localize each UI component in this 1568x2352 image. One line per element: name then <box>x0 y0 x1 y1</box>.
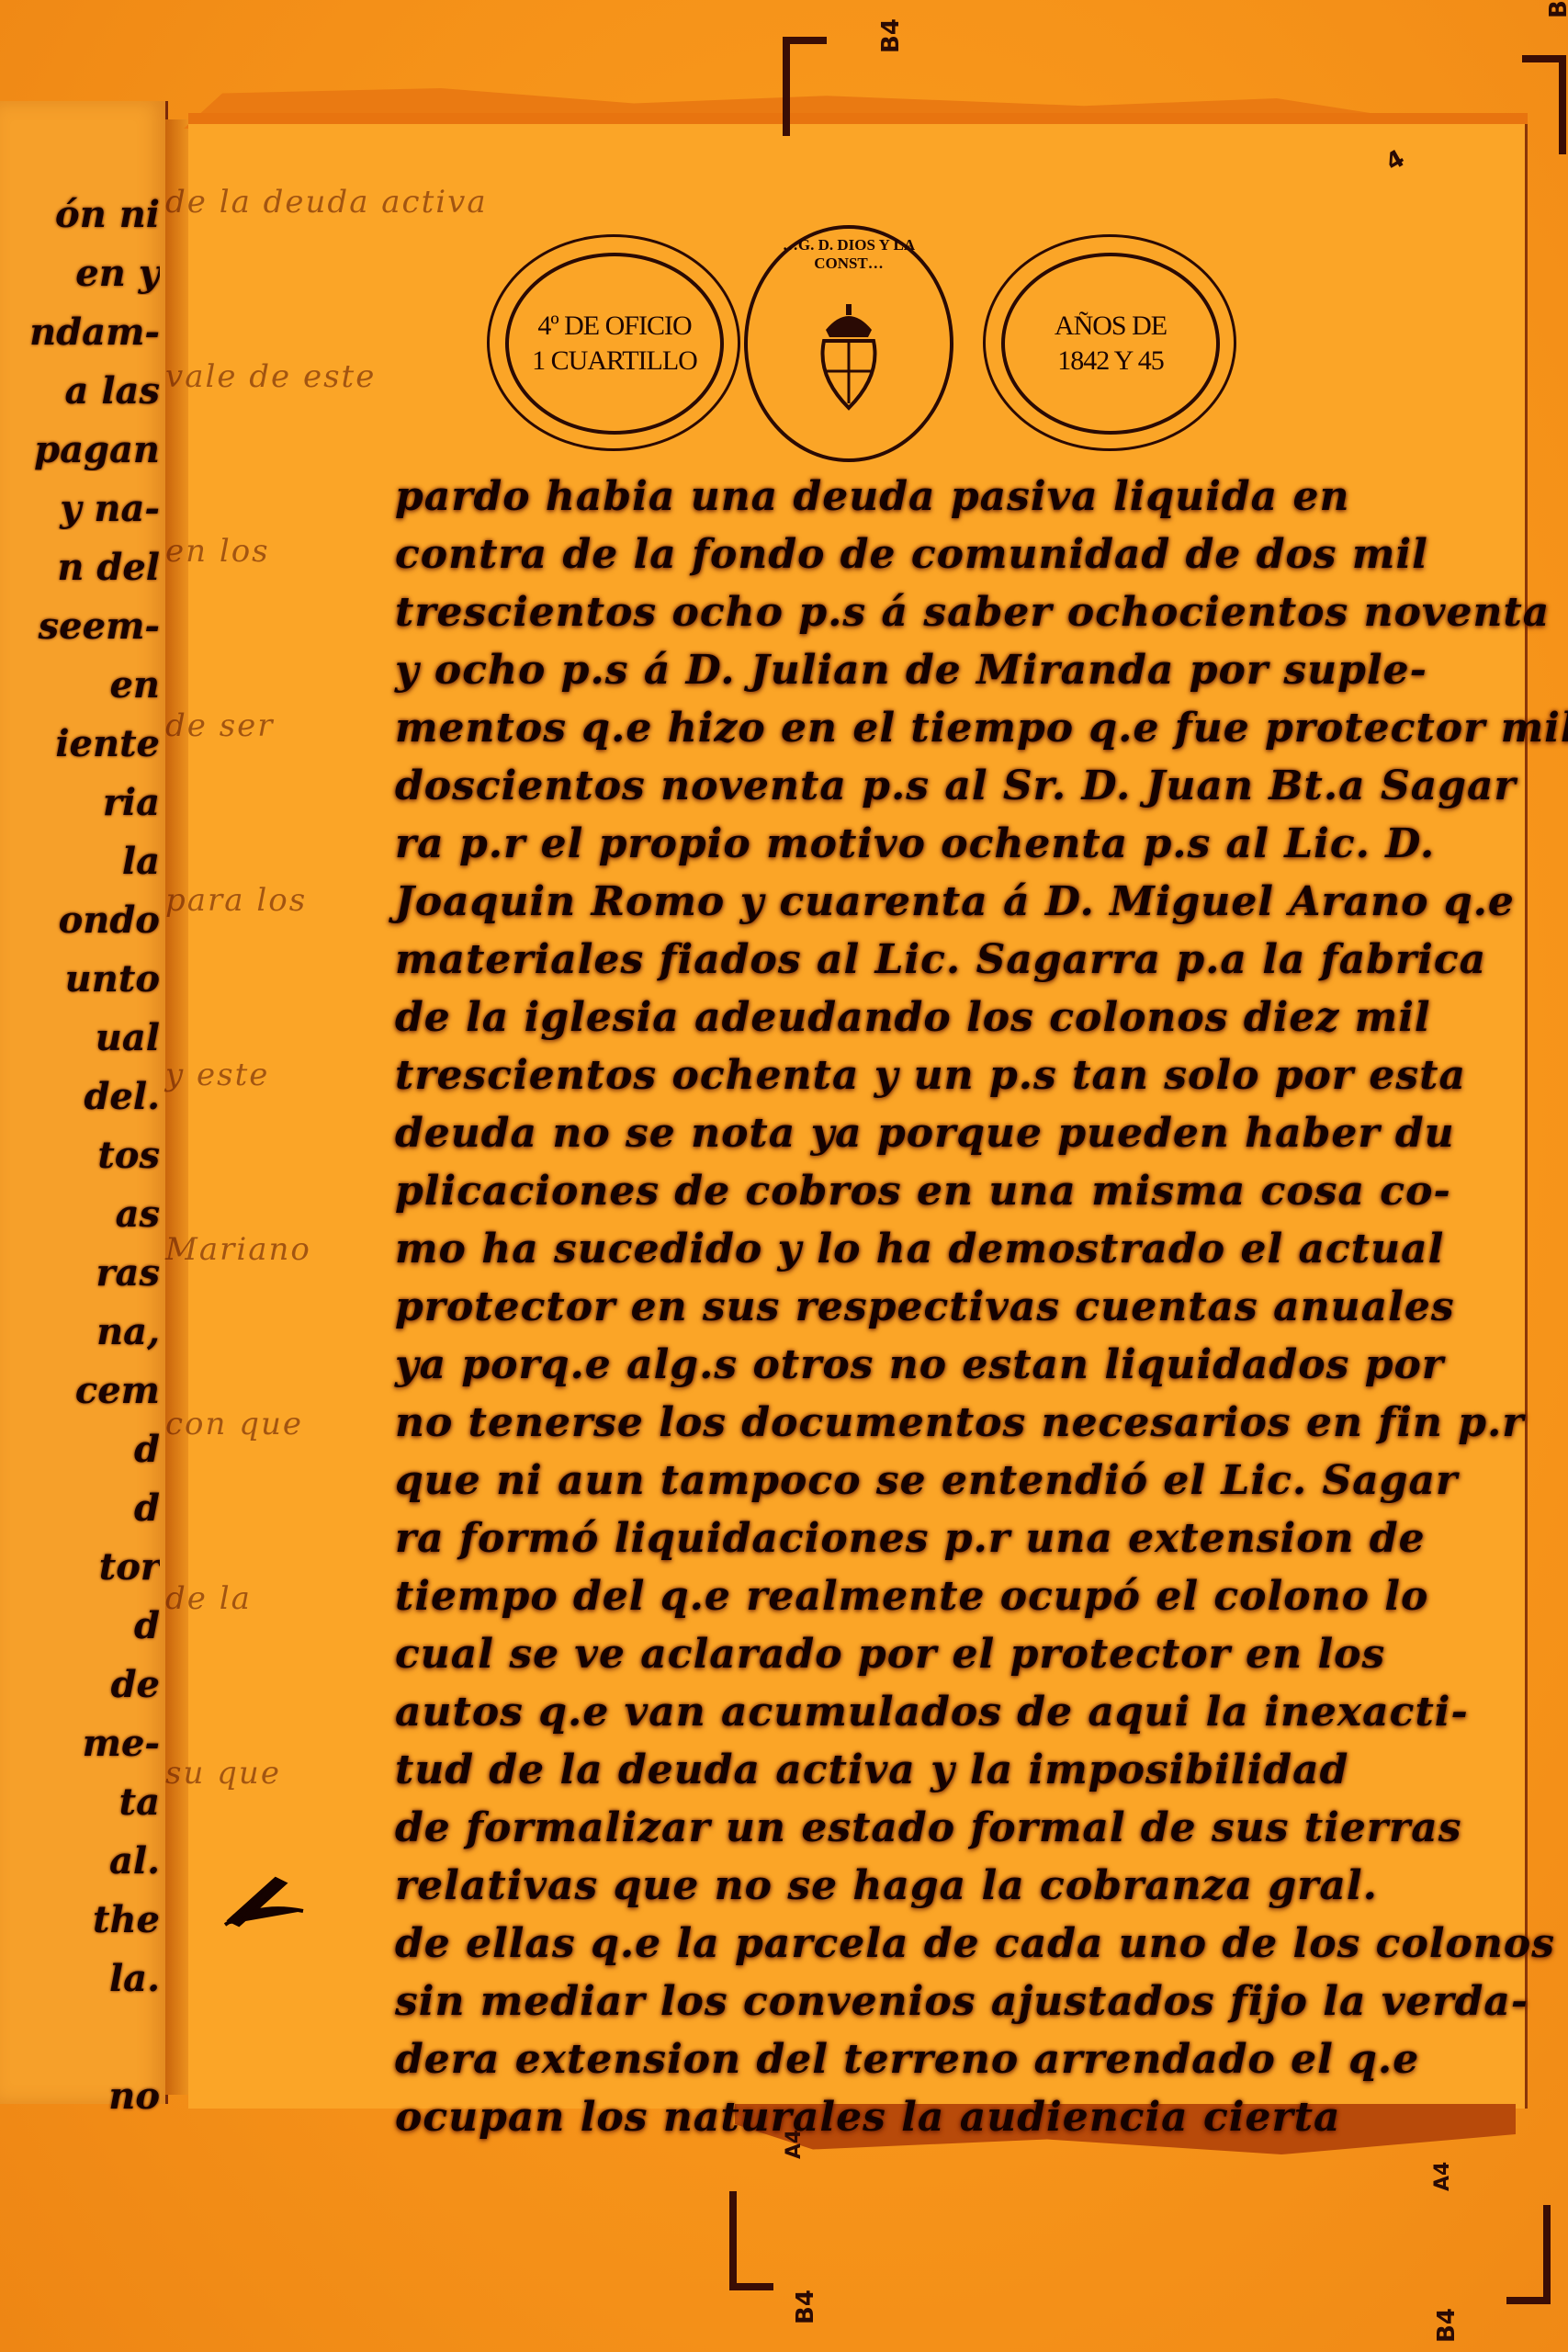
left-page-line: unto <box>0 957 160 1001</box>
manuscript-line: ra p.r el propio motivo ochenta p.s al L… <box>395 820 1516 867</box>
left-page-line: en <box>0 663 160 707</box>
left-page-line: ta <box>0 1781 160 1824</box>
manuscript-line: cual se ve aclarado por el protector en … <box>395 1631 1516 1678</box>
left-facing-page: ón nien yndam-a laspagany na-n delseem-e… <box>0 101 168 2104</box>
left-page-line: tor <box>0 1545 160 1589</box>
manuscript-line: tiempo del q.e realmente ocupó el colono… <box>395 1573 1516 1620</box>
left-page-line: ndam- <box>0 311 160 354</box>
manuscript-line: mo ha sucedido y lo ha demostrado el act… <box>395 1226 1516 1272</box>
manuscript-line: trescientos ochenta y un p.s tan solo po… <box>395 1052 1516 1099</box>
left-page-line: ria <box>0 781 160 824</box>
bleed-through-text: vale de este <box>165 358 441 395</box>
stamp-years-label: AÑOS DE <box>1055 309 1167 344</box>
left-page-line: the <box>0 1898 160 1941</box>
crop-mark-bottom-left <box>729 2191 773 2290</box>
left-page-line: y na- <box>0 487 160 530</box>
stamp-class: 4º DE OFICIO <box>537 309 691 344</box>
crown-shield-icon <box>807 302 890 413</box>
left-page-line: la <box>0 840 160 883</box>
manuscript-line: autos q.e van acumulados de aqui la inex… <box>395 1689 1516 1736</box>
left-page-line: de <box>0 1663 160 1706</box>
stamp-left-seal: 4º DE OFICIO 1 CUARTILLO <box>505 253 724 435</box>
left-page-line: cem <box>0 1369 160 1412</box>
manuscript-line: deuda no se nota ya porque pueden haber … <box>395 1110 1516 1157</box>
crop-mark-top-right <box>1522 55 1566 154</box>
manuscript-line: ocupan los naturales la audiencia cierta <box>395 2094 1516 2141</box>
manuscript-line: de formalizar un estado formal de sus ti… <box>395 1804 1516 1851</box>
stamp-right-seal: AÑOS DE 1842 Y 45 <box>1001 253 1220 435</box>
manuscript-line: de ellas q.e la parcela de cada uno de l… <box>395 1920 1516 1967</box>
manuscript-line: no tenerse los documentos necesarios en … <box>395 1399 1516 1446</box>
bleed-through-text: de la deuda activa <box>165 184 441 220</box>
left-page-line: n del <box>0 546 160 589</box>
manuscript-line: dera extension del terreno arrendado el … <box>395 2036 1516 2083</box>
stamp-years: 1842 Y 45 <box>1057 344 1163 379</box>
manuscript-line: pardo habia una deuda pasiva liquida en <box>395 473 1516 520</box>
manuscript-line: sin mediar los convenios ajustados fijo … <box>395 1978 1516 2025</box>
left-page-line: seem- <box>0 605 160 648</box>
left-page-line: na, <box>0 1310 160 1353</box>
manuscript-line: ya porq.e alg.s otros no estan liquidado… <box>395 1341 1516 1388</box>
left-page-line: la. <box>0 1957 160 2000</box>
size-label-b4: B4 <box>792 2290 819 2324</box>
manuscript-line: ra formó liquidaciones p.r una extension… <box>395 1515 1516 1562</box>
manuscript-line: contra de la fondo de comunidad de dos m… <box>395 531 1516 578</box>
left-page-line: al. <box>0 1839 160 1883</box>
left-page-line: a las <box>0 369 160 413</box>
left-page-line: del. <box>0 1075 160 1118</box>
left-page-line: d <box>0 1487 160 1530</box>
manuscript-line: doscientos noventa p.s al Sr. D. Juan Bt… <box>395 763 1516 809</box>
left-page-line: me- <box>0 1722 160 1765</box>
left-page-line: d <box>0 1604 160 1647</box>
manuscript-line: trescientos ocho p.s á saber ochocientos… <box>395 589 1516 636</box>
manuscript-line: plicaciones de cobros en una misma cosa … <box>395 1168 1516 1215</box>
tax-stamp: 4º DE OFICIO 1 CUARTILLO …G. D. DIOS Y L… <box>487 225 1222 455</box>
crop-mark-top-left <box>783 37 827 136</box>
manuscript-line: de la iglesia adeudando los colonos diez… <box>395 994 1516 1041</box>
margin-flourish-icon <box>220 1874 312 1929</box>
stamp-ring-text: …G. D. DIOS Y LA CONST… <box>748 236 950 273</box>
crop-mark-bottom-right <box>1506 2205 1551 2304</box>
manuscript-line: Joaquin Romo y cuarenta á D. Miguel Aran… <box>395 878 1516 925</box>
stamp-value: 1 CUARTILLO <box>532 344 697 379</box>
left-page-line: ras <box>0 1251 160 1295</box>
manuscript-line: protector en sus respectivas cuentas anu… <box>395 1283 1516 1330</box>
stamp-center-seal: …G. D. DIOS Y LA CONST… <box>744 225 953 462</box>
left-page-line: ondo <box>0 899 160 942</box>
left-page-line: d <box>0 1428 160 1471</box>
left-page-line: pagan <box>0 428 160 471</box>
left-page-line: tos <box>0 1134 160 1177</box>
manuscript-line: tud de la deuda activa y la imposibilida… <box>395 1747 1516 1793</box>
left-page-line: no <box>0 2075 160 2118</box>
size-label-b4: B4 <box>1433 2308 1461 2343</box>
manuscript-line: que ni aun tampoco se entendió el Lic. S… <box>395 1457 1516 1504</box>
left-page-line: ual <box>0 1016 160 1059</box>
manuscript-line: y ocho p.s á D. Julian de Miranda por su… <box>395 647 1516 694</box>
manuscript-line: relativas que no se haga la cobranza gra… <box>395 1862 1516 1909</box>
size-label-b4: B4 <box>877 18 905 53</box>
manuscript-line: mentos q.e hizo en el tiempo q.e fue pro… <box>395 705 1516 752</box>
size-label-b4: B4 <box>1545 0 1568 18</box>
manuscript-line: materiales fiados al Lic. Sagarra p.a la… <box>395 936 1516 983</box>
left-page-line: as <box>0 1193 160 1236</box>
left-page-line: ón ni <box>0 193 160 236</box>
size-label-a4: A4 <box>1431 2162 1454 2191</box>
left-page-line: iente <box>0 722 160 765</box>
left-page-line: en y <box>0 252 160 295</box>
